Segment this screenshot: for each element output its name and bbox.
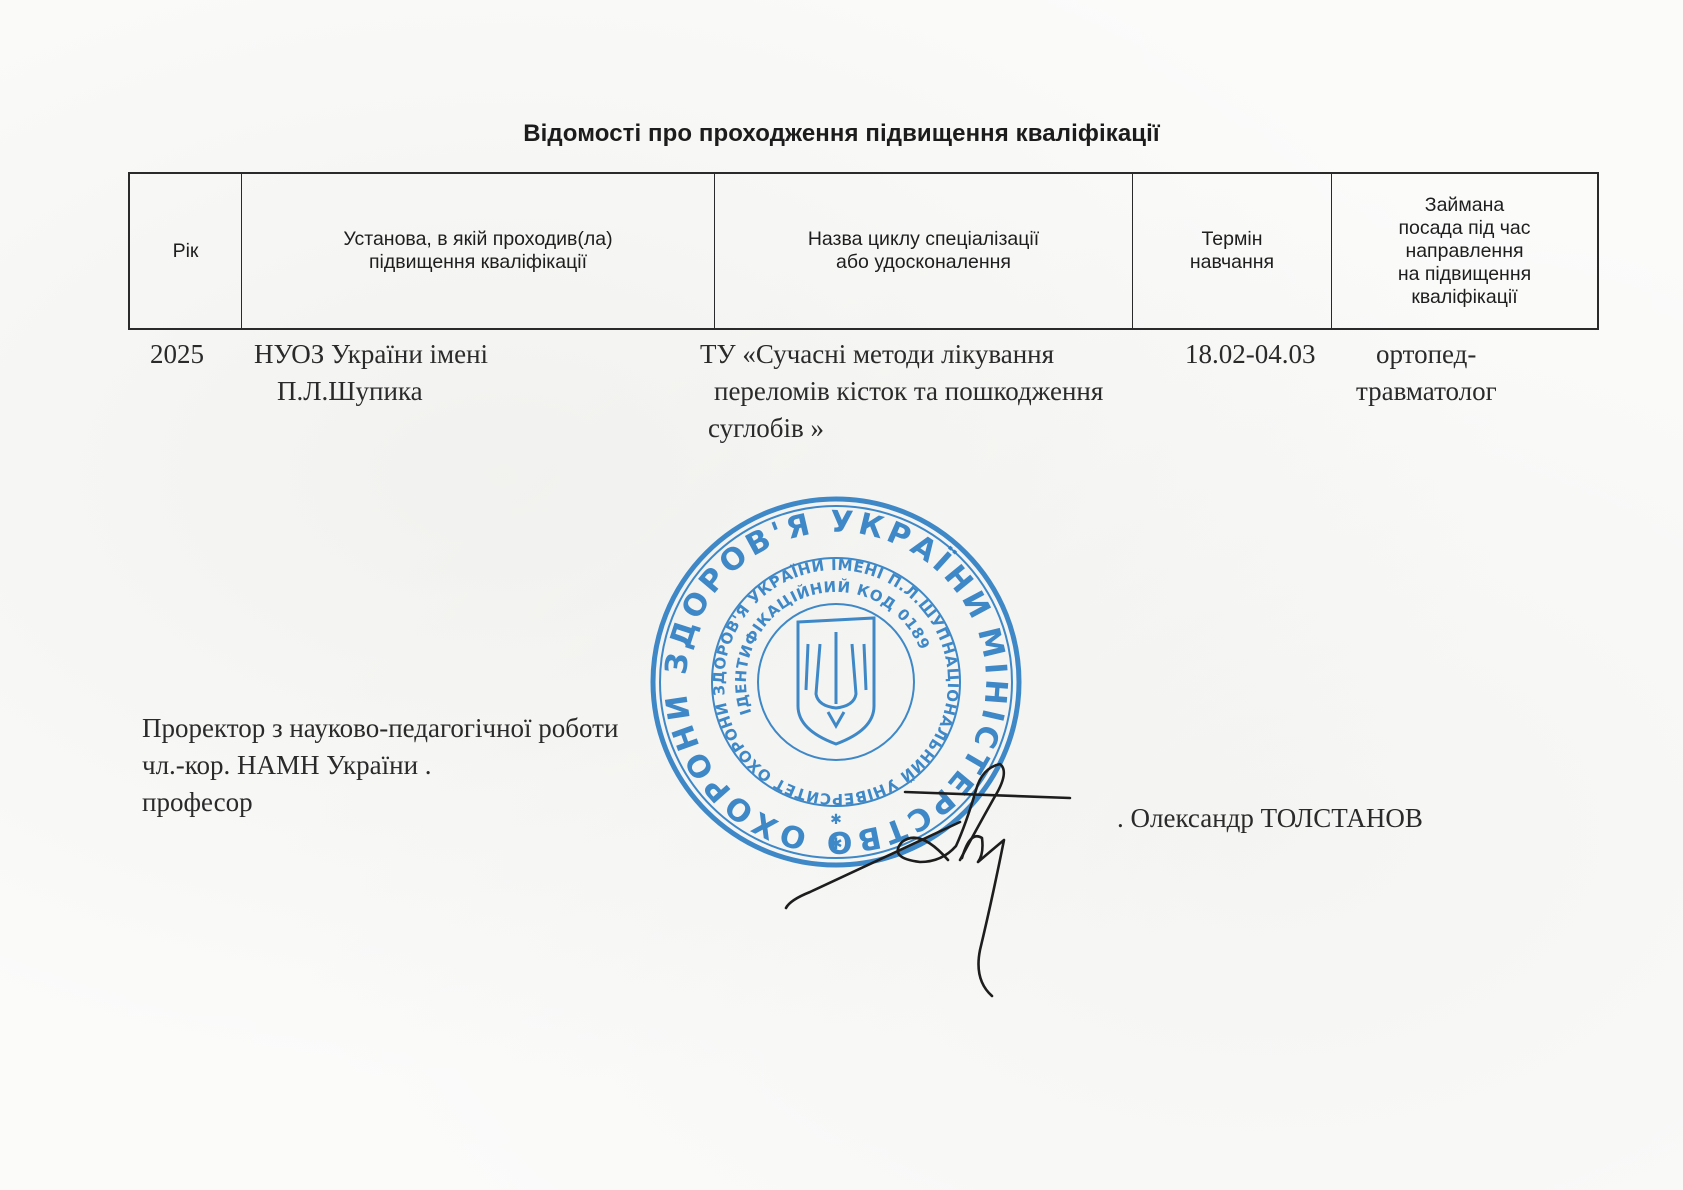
header-year: Рік xyxy=(130,174,242,328)
institution-line: НУОЗ України імені xyxy=(254,339,488,369)
signatory-line: професор xyxy=(142,784,618,821)
cell-year: 2025 xyxy=(150,336,204,373)
cell-position: ортопед- травматолог xyxy=(1376,336,1497,410)
institution-line: П.Л.Шупика xyxy=(254,373,488,410)
signer-name: . Олександр ТОЛСТАНОВ xyxy=(1117,803,1423,834)
header-institution: Установа, в якій проходив(ла) підвищення… xyxy=(242,174,715,328)
position-line: травматолог xyxy=(1356,373,1497,410)
header-term: Термін навчання xyxy=(1133,174,1332,328)
signatory-title: Проректор з науково-педагогічної роботи … xyxy=(142,710,618,821)
header-course: Назва циклу спеціалізації або удосконале… xyxy=(715,174,1133,328)
signatory-line: чл.-кор. НАМН України . xyxy=(142,747,618,784)
course-line: переломів кісток та пошкодження xyxy=(700,373,1103,410)
course-line: суглобів » xyxy=(700,410,1103,447)
handwritten-signature xyxy=(770,750,1110,1000)
course-line: ТУ «Сучасні методи лікування xyxy=(700,339,1054,369)
trident-emblem-icon xyxy=(798,618,874,744)
cell-term: 18.02-04.03 xyxy=(1185,336,1316,373)
document-title: Відомості про проходження підвищення ква… xyxy=(0,120,1683,148)
position-line: ортопед- xyxy=(1376,339,1476,369)
cell-institution: НУОЗ України імені П.Л.Шупика xyxy=(254,336,488,410)
signatory-line: Проректор з науково-педагогічної роботи xyxy=(142,710,618,747)
cell-course: ТУ «Сучасні методи лікування переломів к… xyxy=(700,336,1103,447)
header-position: Займана посада під час направлення на пі… xyxy=(1332,174,1597,328)
qualification-table-header: Рік Установа, в якій проходив(ла) підвищ… xyxy=(128,172,1599,330)
